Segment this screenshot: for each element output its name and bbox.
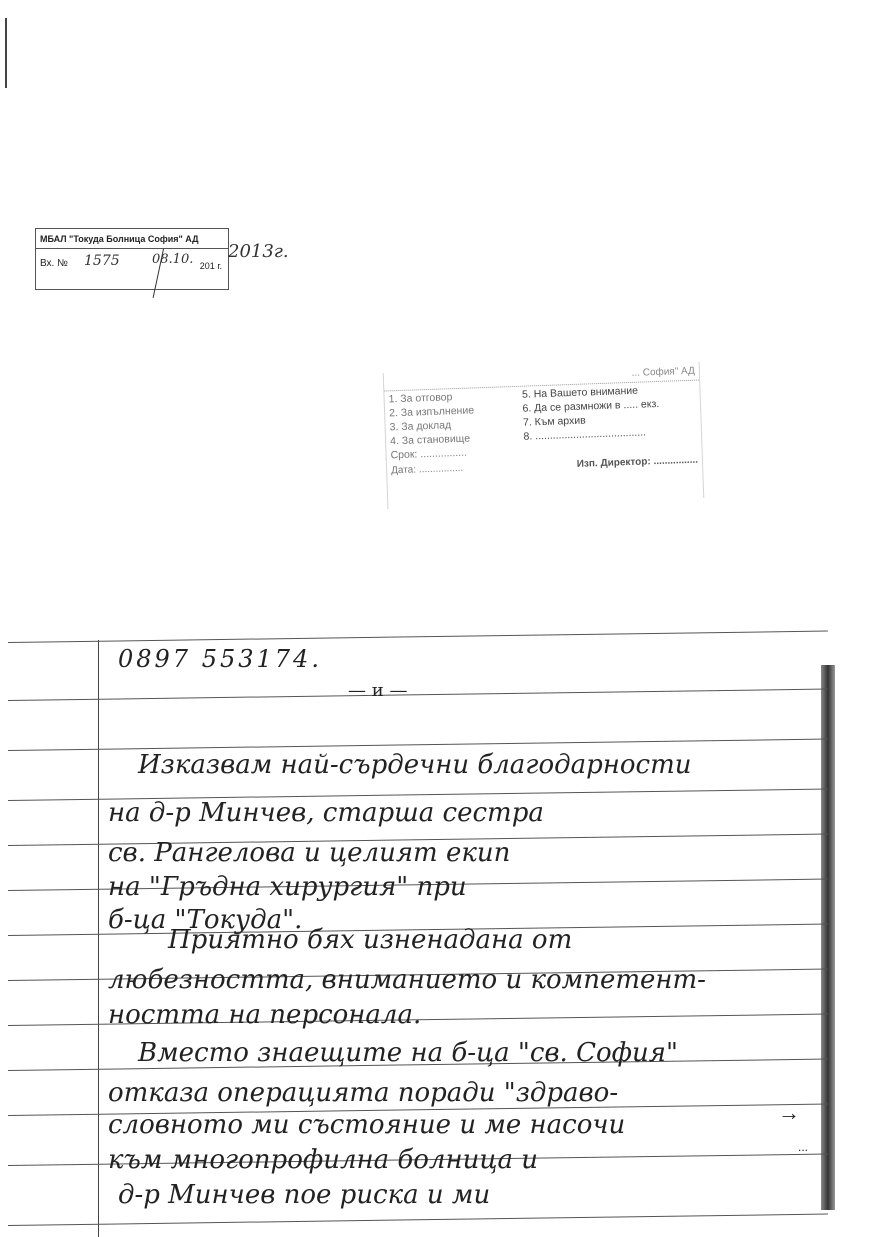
letter-line: Изказвам най-сърдечни благодарности	[138, 750, 691, 780]
letter-line: отказа операцията поради "здраво-	[108, 1078, 618, 1108]
letter-line: ността на персонала.	[108, 1000, 421, 1030]
lined-paper-letter: 0897 553174. — и — Изказвам най-сърдечни…	[8, 640, 853, 1237]
letter-line: д-р Минчев пое риска и ми	[118, 1180, 490, 1210]
arrow-right-icon: →	[778, 1100, 800, 1126]
ruled-line	[8, 1214, 828, 1226]
stamp-institution: МБАЛ "Токуда Болница София" АД	[36, 229, 228, 249]
phone-number: 0897 553174.	[118, 645, 322, 673]
paper-stack-edge	[821, 665, 835, 1210]
letter-line: св. Рангелова и целият екип	[108, 838, 510, 868]
letter-line: Вместо знаещите на б-ца "св. София"	[138, 1038, 678, 1068]
incoming-number: 1575	[84, 253, 120, 269]
page-mark: ...	[798, 1140, 808, 1154]
letter-line: на д-р Минчев, старша сестра	[108, 798, 544, 828]
year-handwritten: 2013г.	[228, 241, 289, 262]
routing-left-column: 1. За отговор 2. За изпълнение 3. За док…	[388, 389, 524, 464]
routing-stamp: ... София" АД 1. За отговор 2. За изпълн…	[383, 363, 705, 509]
ruled-line	[8, 689, 828, 701]
incoming-row: Вх. № 1575 08.10. 201 г. 2013г.	[36, 249, 228, 269]
section-divider: — и —	[348, 680, 407, 701]
ruled-line	[8, 631, 828, 643]
margin-line	[98, 640, 99, 1237]
year-printed: 201 г.	[200, 261, 222, 271]
letter-line: словното ми състояние и ме насочи	[108, 1110, 625, 1140]
routing-date: Дата: ................	[391, 463, 463, 477]
incoming-label: Вх. №	[40, 258, 68, 269]
routing-right-column: 5. На Вашето внимание 6. Да се размножи …	[522, 383, 698, 459]
scan-edge-mark	[5, 18, 7, 88]
registration-stamp: МБАЛ "Токуда Болница София" АД Вх. № 157…	[35, 228, 229, 290]
incoming-date: 08.10.	[152, 252, 193, 267]
routing-director: Изп. Директор: ................	[577, 455, 699, 470]
letter-line: на "Гръдна хирургия" при	[108, 872, 467, 902]
letter-line: към многопрофилна болница и	[108, 1145, 538, 1175]
letter-line: Приятно бях изненадана от	[168, 925, 572, 955]
letter-line: любезността, вниманието и компетент-	[108, 965, 706, 995]
